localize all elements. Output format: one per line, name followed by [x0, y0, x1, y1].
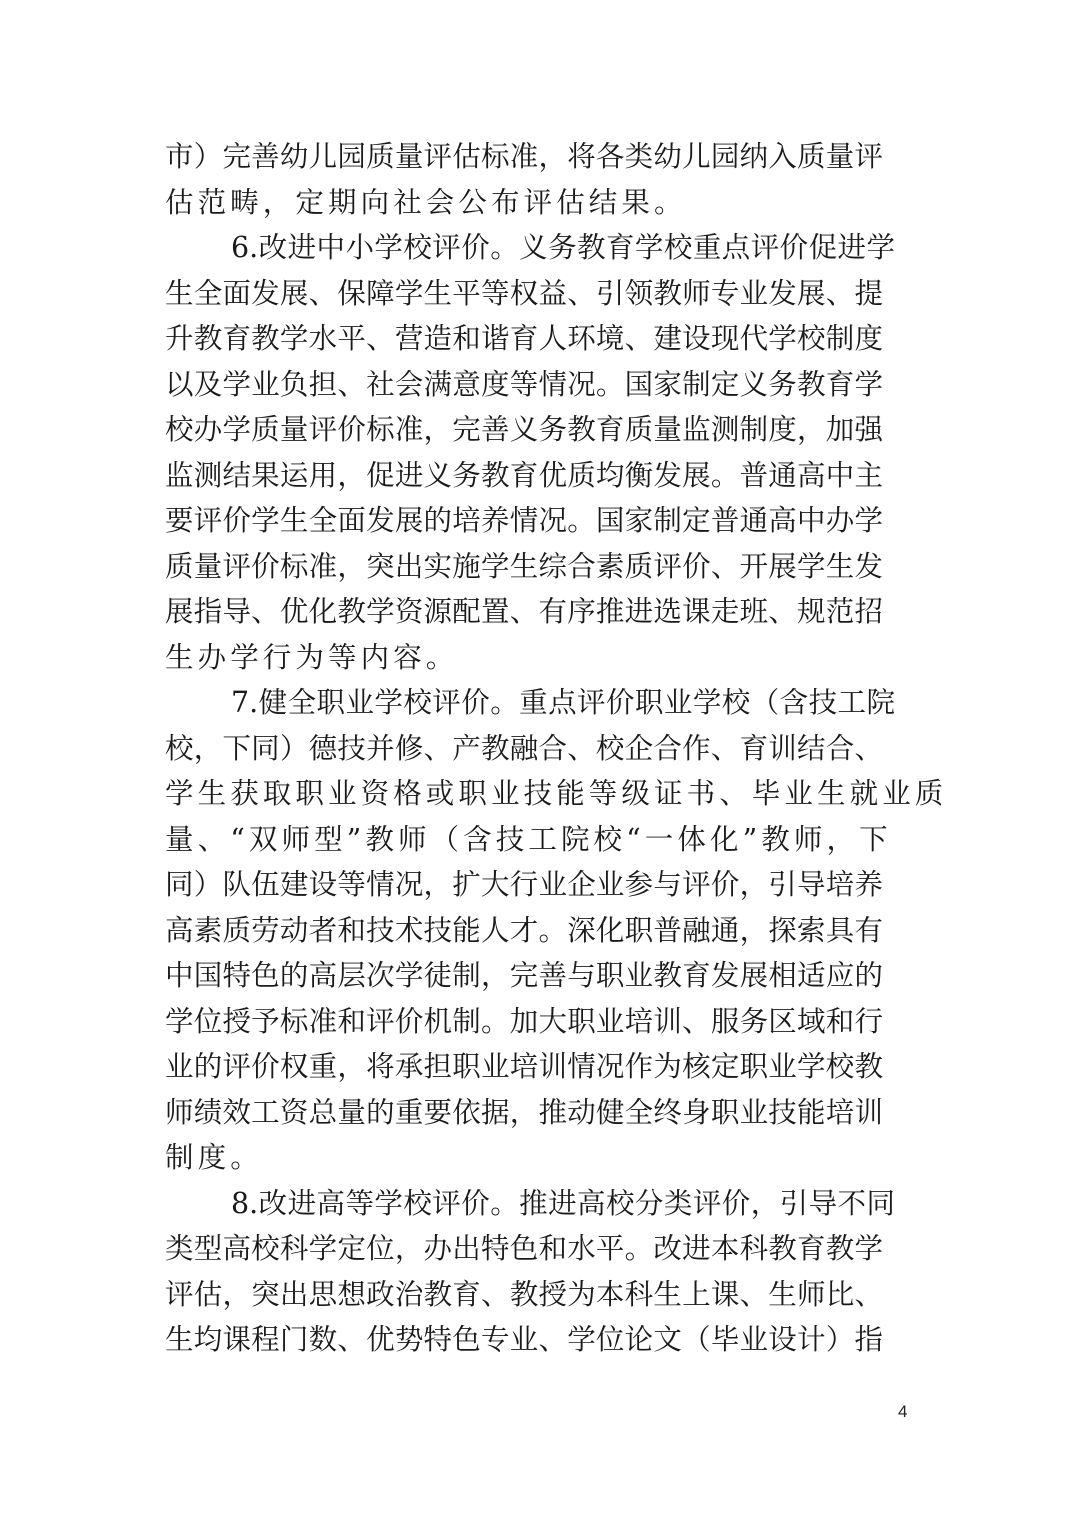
paragraph-line: 升教育教学水平、营造和谐育人环境、建设现代学校制度 — [165, 316, 883, 362]
paragraph-line: 量、“双师型”教师（含技工院校“一体化”教师，下 — [165, 817, 895, 863]
paragraph-line: 中国特色的高层次学徒制，完善与职业教育发展相适应的 — [165, 953, 883, 999]
paragraph-line: 同）队伍建设等情况，扩大行业企业参与评价，引导培养 — [165, 862, 883, 908]
paragraph-line: 校，下同）德技并修、产教融合、校企合作、育训结合、 — [165, 726, 883, 772]
paragraph-line: 生全面发展、保障学生平等权益、引领教师专业发展、提 — [165, 271, 883, 317]
paragraph-line: 质量评价标准，突出实施学生综合素质评价、开展学生发 — [165, 544, 883, 590]
paragraph-line: 展指导、优化教学资源配置、有序推进选课走班、规范招 — [165, 589, 883, 635]
paragraph-first-line: 6.改进中小学校评价。义务教育学校重点评价促进学 — [231, 225, 895, 271]
paragraph-line: 校办学质量评价标准，完善义务教育质量监测制度，加强 — [165, 407, 883, 453]
paragraph-first-line: 8.改进高等学校评价。推进高校分类评价，引导不同 — [231, 1181, 895, 1227]
paragraph-line: 监测结果运用，促进义务教育优质均衡发展。普通高中主 — [165, 453, 883, 499]
paragraph-line: 制度。 — [165, 1135, 895, 1181]
paragraph-line: 类型高校科学定位，办出特色和水平。改进本科教育教学 — [165, 1226, 883, 1272]
document-page: 市）完善幼儿园质量评估标准，将各类幼儿园纳入质量评估范畴，定期向社会公布评估结果… — [0, 0, 1074, 1520]
paragraph-line: 评估，突出思想政治教育、教授为本科生上课、生师比、 — [165, 1272, 883, 1318]
paragraph-line: 市）完善幼儿园质量评估标准，将各类幼儿园纳入质量评 — [165, 134, 883, 180]
paragraph-line: 要评价学生全面发展的培养情况。国家制定普通高中办学 — [165, 498, 883, 544]
paragraph-line: 以及学业负担、社会满意度等情况。国家制定义务教育学 — [165, 362, 883, 408]
paragraph-line: 学位授予标准和评价机制。加大职业培训、服务区域和行 — [165, 999, 883, 1045]
paragraph-line: 生均课程门数、优势特色专业、学位论文（毕业设计）指 — [165, 1317, 883, 1363]
paragraph-first-line: 7.健全职业学校评价。重点评价职业学校（含技工院 — [231, 680, 895, 726]
page-number: 4 — [898, 1402, 907, 1422]
paragraph-line: 估范畴，定期向社会公布评估结果。 — [165, 180, 895, 226]
paragraph-line: 师绩效工资总量的重要依据，推动健全终身职业技能培训 — [165, 1090, 883, 1136]
paragraph-line: 业的评价权重，将承担职业培训情况作为核定职业学校教 — [165, 1044, 883, 1090]
paragraph-line: 高素质劳动者和技术技能人才。深化职普融通，探索具有 — [165, 908, 883, 954]
paragraph-line: 生办学行为等内容。 — [165, 635, 895, 681]
paragraph-line: 学生获取职业资格或职业技能等级证书、毕业生就业质 — [165, 771, 895, 817]
